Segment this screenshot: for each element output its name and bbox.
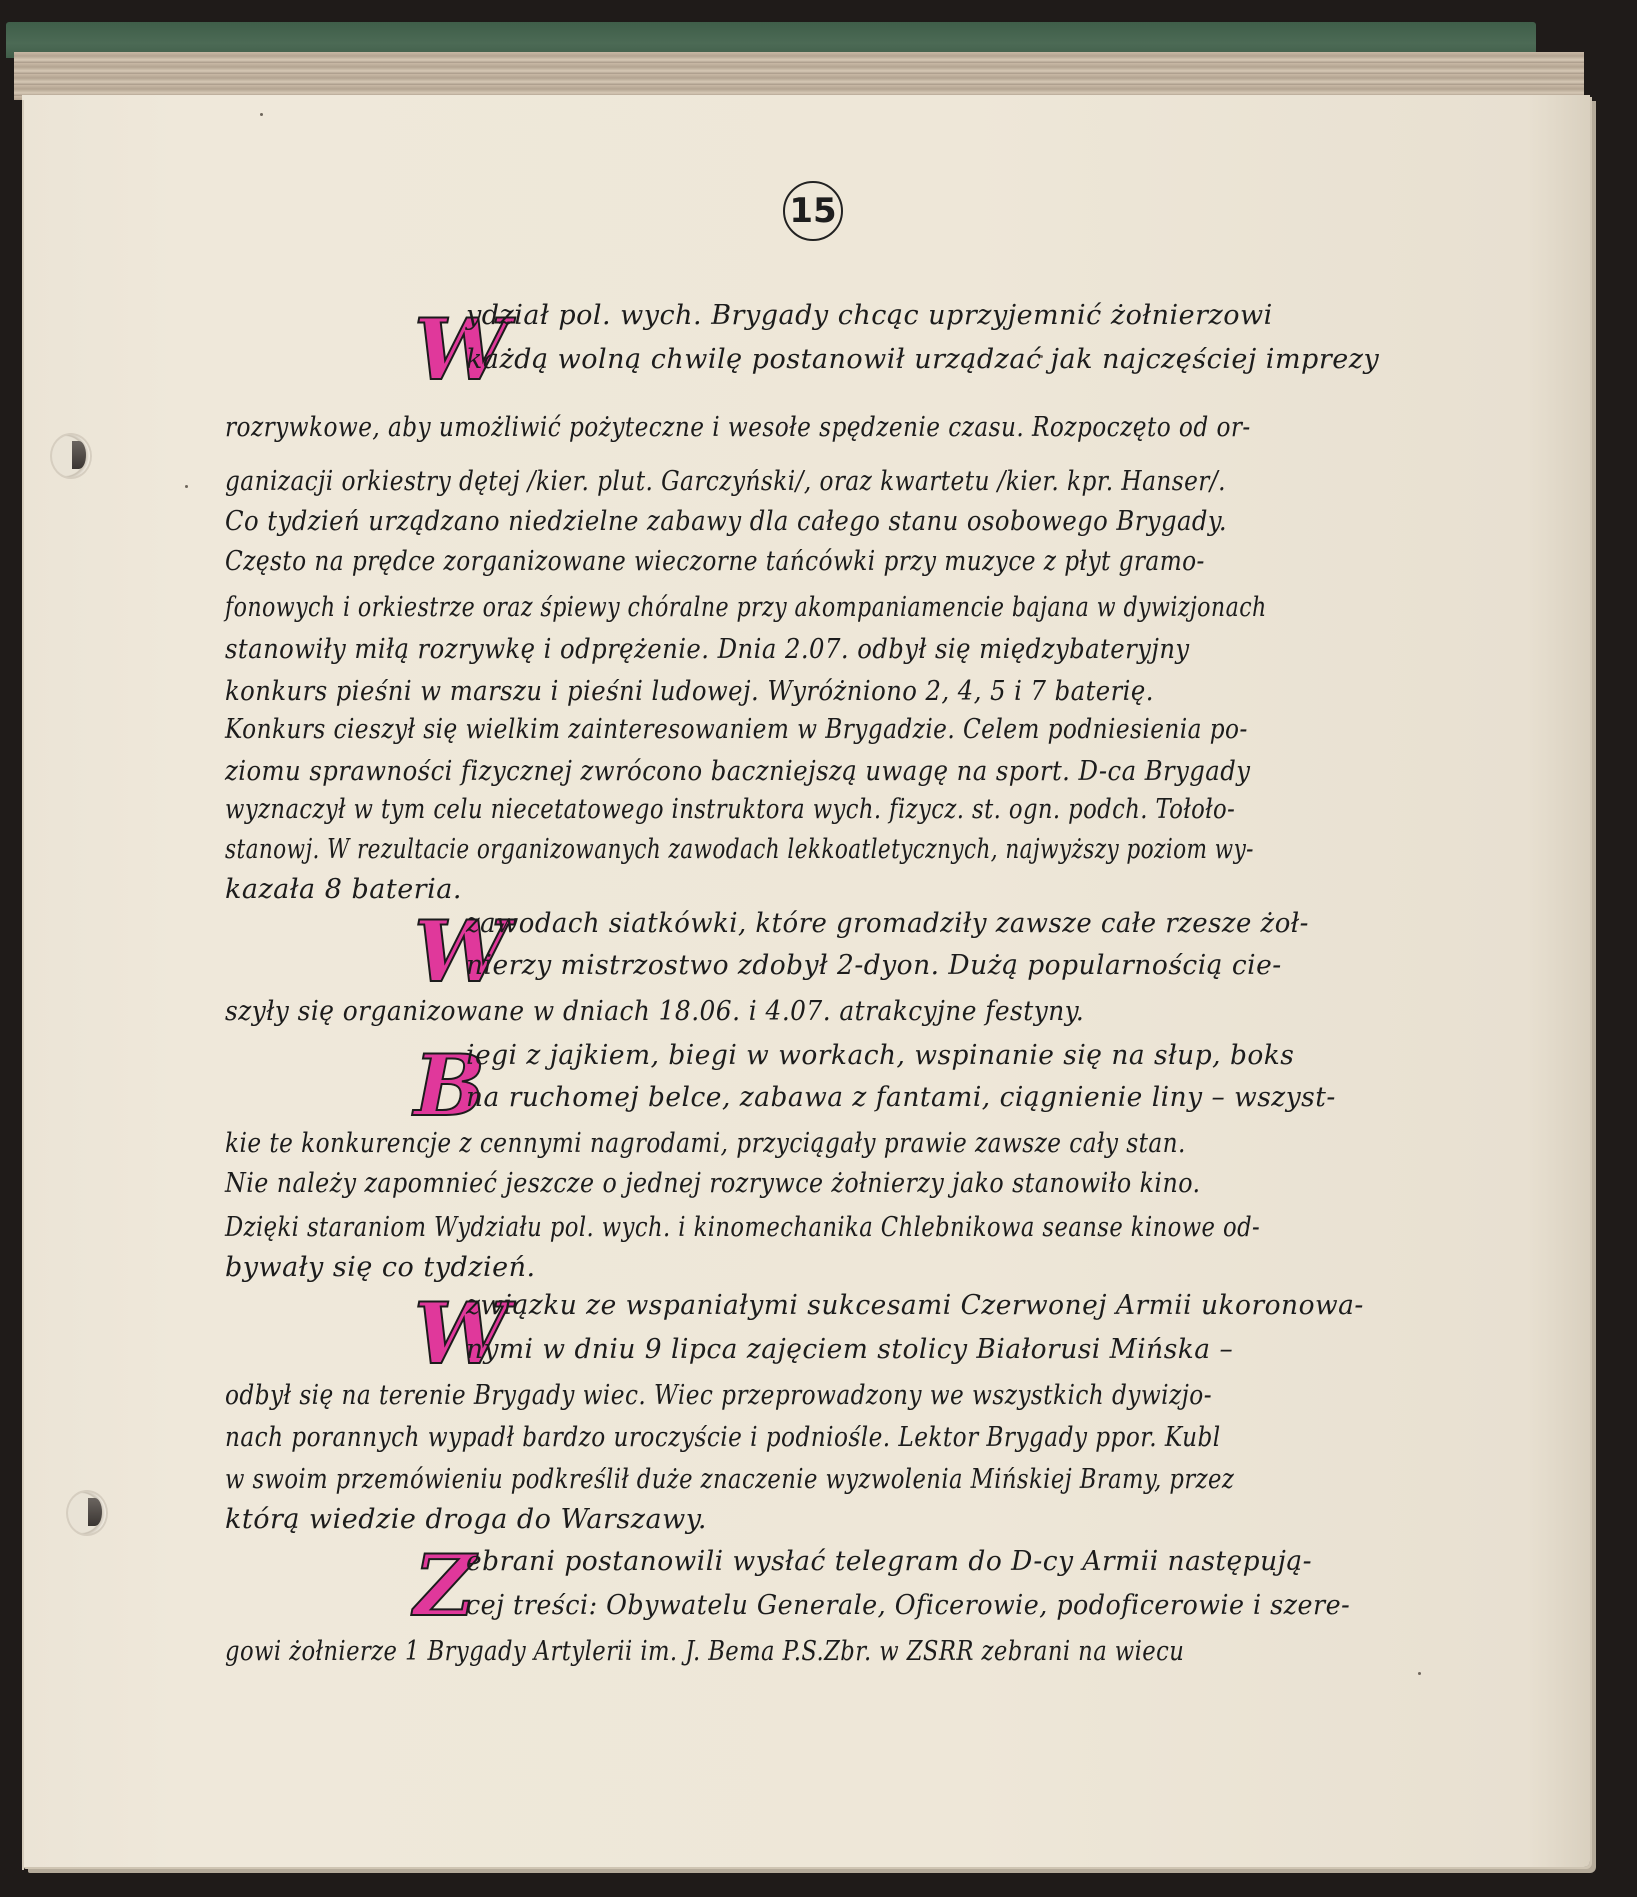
text-line: Co tydzień urządzano niedzielne zabawy d…	[225, 506, 1227, 537]
text-line: nymi w dniu 9 lipca zajęciem stolicy Bia…	[466, 1334, 1233, 1365]
text-line: konkurs pieśni w marszu i pieśni ludowej…	[225, 676, 1154, 707]
text-line: stanowj. W rezultacie organizowanych zaw…	[225, 834, 1254, 865]
text-line: gowi żołnierze 1 Brygady Artylerii im. J…	[225, 1636, 1184, 1667]
text-line: odbył się na terenie Brygady wiec. Wiec …	[225, 1380, 1212, 1411]
page-edges	[14, 52, 1584, 100]
text-line: bywały się co tydzień.	[225, 1252, 536, 1283]
text-line: szyły się organizowane w dniach 18.06. i…	[225, 996, 1084, 1027]
text-line: którą wiedzie droga do Warszawy.	[225, 1504, 707, 1535]
punch-hole-bottom	[66, 1490, 108, 1536]
punch-hole-top	[50, 433, 92, 479]
text-line: ganizacji orkiestry dętej /kier. plut. G…	[225, 466, 1226, 497]
page-number: 15	[783, 181, 843, 241]
text-line: iegi z jajkiem, biegi w workach, wspinan…	[466, 1040, 1294, 1071]
text-line: ziomu sprawności fizycznej zwrócono bacz…	[225, 756, 1250, 787]
paper-speck	[1418, 1672, 1421, 1675]
paper-speck	[1040, 355, 1043, 358]
text-line: Nie należy zapomnieć jeszcze o jednej ro…	[225, 1168, 1201, 1199]
page-fold-line	[22, 100, 24, 1870]
text-line: cej treści: Obywatelu Generale, Oficerow…	[466, 1590, 1350, 1621]
text-line: ebrani postanowili wysłać telegram do D-…	[466, 1546, 1312, 1577]
text-line: zawodach siatkówki, które gromadziły zaw…	[466, 908, 1309, 939]
text-line: nierzy mistrzostwo zdobył 2-dyon. Dużą p…	[466, 950, 1282, 981]
text-line: w swoim przemówieniu podkreślił duże zna…	[225, 1464, 1234, 1495]
page-number-text: 15	[789, 191, 836, 231]
text-line: stanowiły miłą rozrywkę i odprężenie. Dn…	[225, 634, 1190, 665]
drop-cap-initial: B	[414, 1042, 466, 1130]
drop-cap-initial: W	[414, 1290, 466, 1378]
text-line: kazała 8 bateria.	[225, 874, 462, 905]
drop-cap-initial: W	[414, 306, 466, 394]
drop-cap-initial: W	[414, 908, 466, 996]
text-line: Konkurs cieszył się wielkim zainteresowa…	[225, 714, 1248, 745]
text-line: Dzięki staraniom Wydziału pol. wych. i k…	[225, 1212, 1260, 1243]
text-line: ydział pol. wych. Brygady chcąc uprzyjem…	[466, 300, 1273, 331]
text-line: nach porannych wypadł bardzo uroczyście …	[225, 1422, 1221, 1453]
paper-speck	[185, 485, 188, 488]
text-line: wyznaczył w tym celu niecetatowego instr…	[225, 794, 1235, 825]
text-line: każdą wolną chwilę postanowił urządzać j…	[466, 344, 1379, 375]
text-line: kie te konkurencje z cennymi nagrodami, …	[225, 1128, 1186, 1159]
text-line: fonowych i orkiestrze oraz śpiewy chóral…	[225, 592, 1267, 623]
text-line: na ruchomej belce, zabawa z fantami, cią…	[466, 1082, 1336, 1113]
drop-cap-initial: Z	[414, 1542, 466, 1630]
text-line: Często na prędce zorganizowane wieczorne…	[225, 546, 1205, 577]
text-line: związku ze wspaniałymi sukcesami Czerwon…	[466, 1290, 1364, 1321]
text-line: rozrywkowe, aby umożliwić pożyteczne i w…	[225, 412, 1251, 443]
paper-speck	[260, 113, 263, 116]
